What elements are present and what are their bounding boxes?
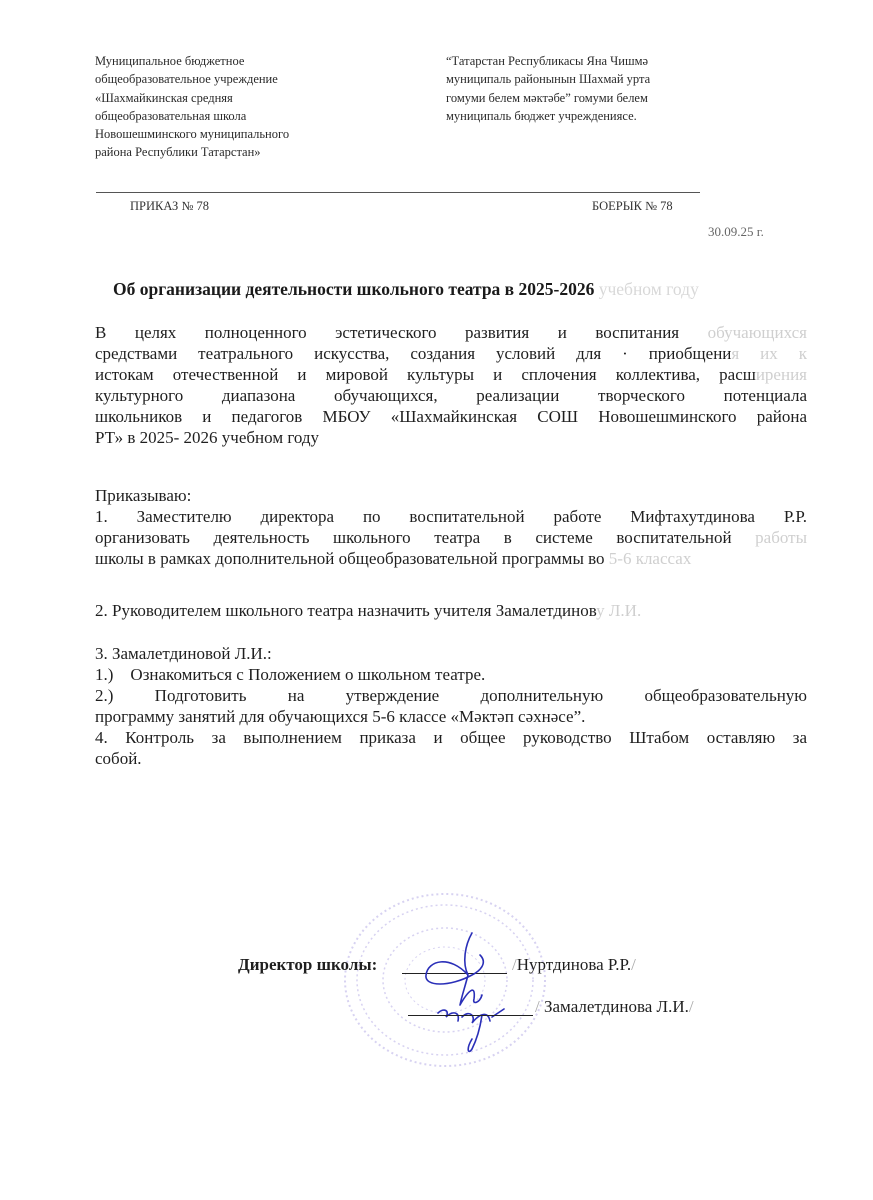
title-faded-text: учебном году [599,279,699,299]
header-left-line: общеобразовательная школа [95,107,395,125]
preamble-line: школьников и педагогов МБОУ «Шахмайкинск… [95,406,807,427]
header-left-line: общеобразовательное учреждение [95,70,395,88]
header-left-line: Новошешминского муниципального [95,125,395,143]
order-item-3: 3. Замалетдиновой Л.И.: 1.) Ознакомиться… [95,643,807,769]
header-left-line: Муниципальное бюджетное [95,52,395,70]
preamble-line: истокам отечественной и мировой культуры… [95,364,807,385]
order-3-heading: 3. Замалетдиновой Л.И.: [95,643,807,664]
header-left-line: района Республики Татарстан» [95,143,395,161]
institution-name-tt: “Татарстан Республикасы Яна Чишмә муници… [446,52,736,125]
order-number-tt: БОЕРЫК № 78 [592,199,673,214]
document-title: Об организации деятельности школьного те… [113,279,699,300]
preamble-line: культурного диапазона обучающихся, реали… [95,385,807,406]
order-line: организовать деятельность школьного теат… [95,527,807,548]
order-item-1: Приказываю: 1. Заместителю директора по … [95,485,807,569]
order-3-sub-1: 1.) Ознакомиться с Положением о школьном… [95,664,807,685]
preamble-line: РТ» в 2025- 2026 учебном году [95,427,807,448]
institution-name-ru: Муниципальное бюджетное общеобразователь… [95,52,395,162]
preamble-line: средствами театрального искусства, созда… [95,343,807,364]
preamble-paragraph: В целях полноценного эстетического разви… [95,322,807,448]
preamble-line: В целях полноценного эстетического разви… [95,322,807,343]
header-right-line: муниципаль бюджет учреждениясе. [446,107,736,125]
director-name: /Нуртдинова Р.Р./ [512,955,636,975]
second-signature-line [408,1015,533,1016]
orders-heading: Приказываю: [95,485,807,506]
order-line: школы в рамках дополнительной общеобразо… [95,548,807,569]
header-divider [96,192,700,193]
order-item-4-line: 4. Контроль за выполнением приказа и общ… [95,727,807,748]
title-text: Об организации деятельности школьного те… [113,279,599,299]
order-item-4-line: собой. [95,748,807,769]
header-right-line: гомуми белем мәктәбе” гомуми белем [446,89,736,107]
header-left-line: «Шахмайкинская средняя [95,89,395,107]
order-3-sub-2-line: 2.) Подготовить на утверждение дополните… [95,685,807,706]
header-right-line: “Татарстан Республикасы Яна Чишмә [446,52,736,70]
director-label: Директор школы: [238,955,377,975]
order-number-ru: ПРИКАЗ № 78 [130,199,209,214]
second-signatory-name: / Замалетдинова Л.И./ [535,997,694,1017]
header-right-line: муниципаль районынын Шахмай урта [446,70,736,88]
order-line: 1. Заместителю директора по воспитательн… [95,506,807,527]
order-3-sub-2-line: программу занятий для обучающихся 5-6 кл… [95,706,807,727]
order-date: 30.09.25 г. [708,224,764,240]
order-item-2: 2. Руководителем школьного театра назнач… [95,600,807,621]
handwritten-signature-icon [410,925,520,1065]
